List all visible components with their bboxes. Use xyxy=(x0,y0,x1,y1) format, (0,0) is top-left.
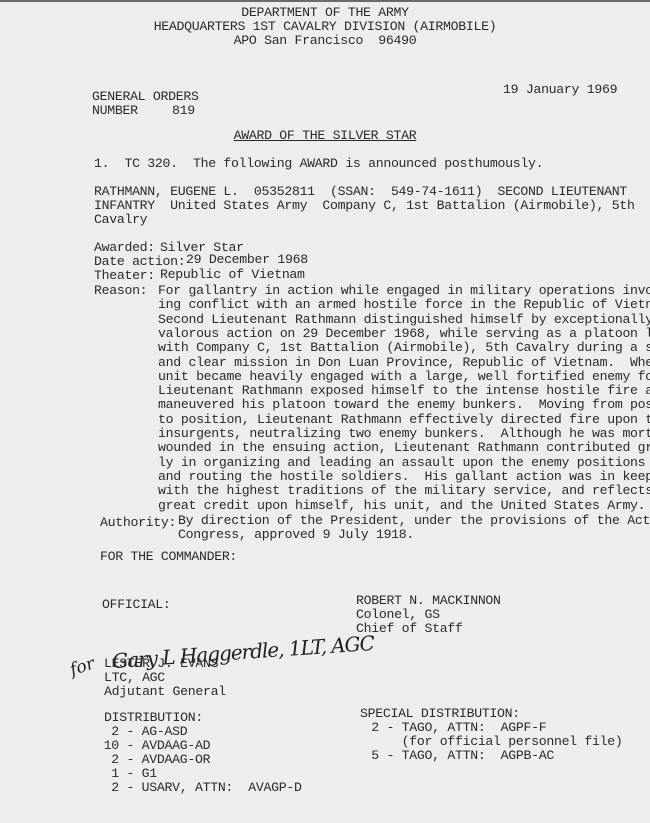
reason-line: Lieutenant Rathmann exposed himself to t… xyxy=(158,383,650,398)
order-number-label: NUMBER xyxy=(92,103,138,118)
distribution-label: DISTRIBUTION: xyxy=(104,710,203,725)
reason-line: and clear mission in Don Luan Province, … xyxy=(158,355,650,370)
reason-line: with the highest traditions of the milit… xyxy=(158,483,650,498)
reason-line: insurgents, neutralizing two enemy bunke… xyxy=(158,426,650,441)
for-the-commander: FOR THE COMMANDER: xyxy=(100,549,237,564)
reason-line: maneuvered his platoon toward the enemy … xyxy=(158,397,650,412)
special-distribution-label: SPECIAL DISTRIBUTION: xyxy=(360,706,520,721)
header-headquarters: HEADQUARTERS 1ST CAVALRY DIVISION (AIRMO… xyxy=(0,19,650,34)
official-label: OFFICIAL: xyxy=(102,597,171,612)
order-date: 19 January 1969 xyxy=(503,82,617,97)
distribution-item: 2 - AVDAAG-OR xyxy=(96,752,210,767)
recipient-line-2: INFANTRY United States Army Company C, 1… xyxy=(94,198,635,213)
page-title: AWARD OF THE SILVER STAR xyxy=(0,128,650,143)
recipient-line-1: RATHMANN, EUGENE L. 05352811 (SSAN: 549-… xyxy=(94,184,627,199)
reason-line: with Company C, 1st Battalion (Airmobile… xyxy=(158,340,650,355)
header-apo: APO San Francisco 96490 xyxy=(0,33,650,48)
distribution-item: 10 - AVDAAG-AD xyxy=(96,738,210,753)
signer-title: Adjutant General xyxy=(104,684,226,699)
signer-rank: LTC, AGC xyxy=(104,670,165,685)
commander-name: ROBERT N. MACKINNON xyxy=(356,593,501,608)
reason-line: Second Lieutenant Rathmann distinguished… xyxy=(158,312,650,327)
reason-line: great credit upon himself, his unit, and… xyxy=(158,498,645,513)
special-distribution-item: (for official personnel file) xyxy=(356,734,622,749)
theater-label: Theater: xyxy=(94,268,155,283)
order-number: 819 xyxy=(172,103,195,118)
signature-for: for xyxy=(68,654,98,681)
signer-name: LESTER J. EVANS xyxy=(104,656,218,671)
special-distribution-item: 2 - TAGO, ATTN: AGPF-F xyxy=(356,720,546,735)
recipient-line-3: Cavalry xyxy=(94,212,147,227)
reason-line: valorous action on 29 December 1968, whi… xyxy=(158,326,650,341)
date-action-value: 29 December 1968 xyxy=(186,252,308,267)
distribution-item: 2 - AG-ASD xyxy=(96,724,187,739)
reason-line: and routing the hostile soldiers. His ga… xyxy=(158,469,650,484)
authority-line-2: Congress, approved 9 July 1918. xyxy=(178,527,414,542)
reason-line: ly in organizing and leading an assault … xyxy=(158,455,645,470)
general-orders-document: DEPARTMENT OF THE ARMY HEADQUARTERS 1ST … xyxy=(0,2,650,823)
commander-rank: Colonel, GS xyxy=(356,607,440,622)
reason-line: wounded in the ensuing action, Lieutenan… xyxy=(158,440,650,455)
reason-label: Reason: xyxy=(94,283,147,298)
general-orders-label: GENERAL ORDERS xyxy=(92,89,199,104)
reason-line: unit became heavily engaged with a large… xyxy=(158,369,650,384)
reason-line: ing conflict with an armed hostile force… xyxy=(158,297,650,312)
authority-line-1: By direction of the President, under the… xyxy=(178,513,650,528)
authority-label: Authority: xyxy=(100,515,176,530)
distribution-item: 2 - USARV, ATTN: AVAGP-D xyxy=(96,780,302,795)
header-department: DEPARTMENT OF THE ARMY xyxy=(0,5,650,20)
intro-paragraph: 1. TC 320. The following AWARD is announ… xyxy=(94,156,543,171)
distribution-item: 1 - G1 xyxy=(96,766,157,781)
awarded-label: Awarded: xyxy=(94,240,155,255)
reason-line: to position, Lieutenant Rathmann effecti… xyxy=(158,412,650,427)
special-distribution-item: 5 - TAGO, ATTN: AGPB-AC xyxy=(356,748,554,763)
reason-line: For gallantry in action while engaged in… xyxy=(158,283,650,298)
theater-value: Republic of Vietnam xyxy=(160,267,305,282)
